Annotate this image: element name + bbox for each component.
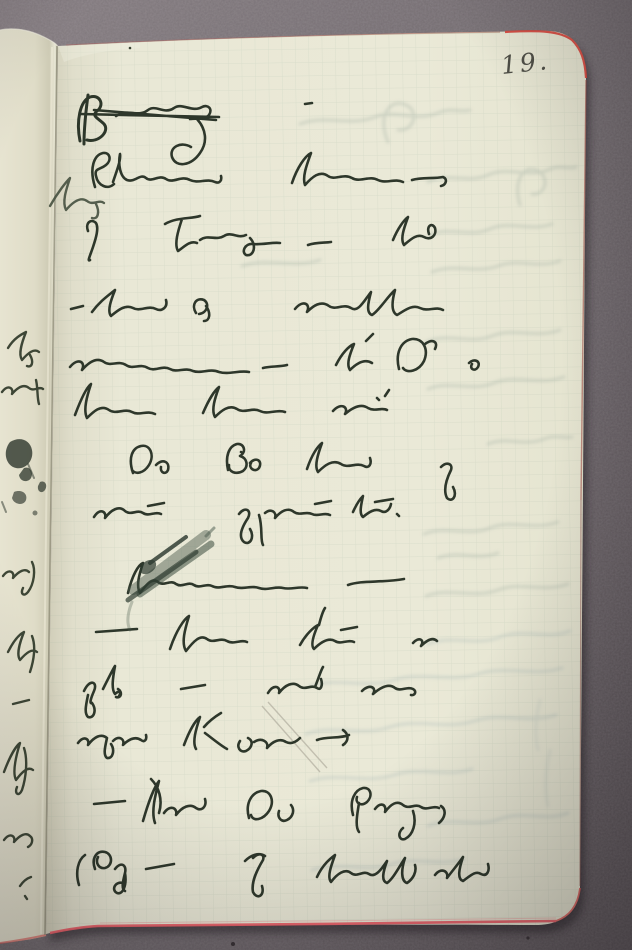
photo-canvas: 19. xyxy=(0,0,632,950)
notebook-photo: 19. xyxy=(0,0,632,950)
photo-vignette xyxy=(0,0,632,950)
